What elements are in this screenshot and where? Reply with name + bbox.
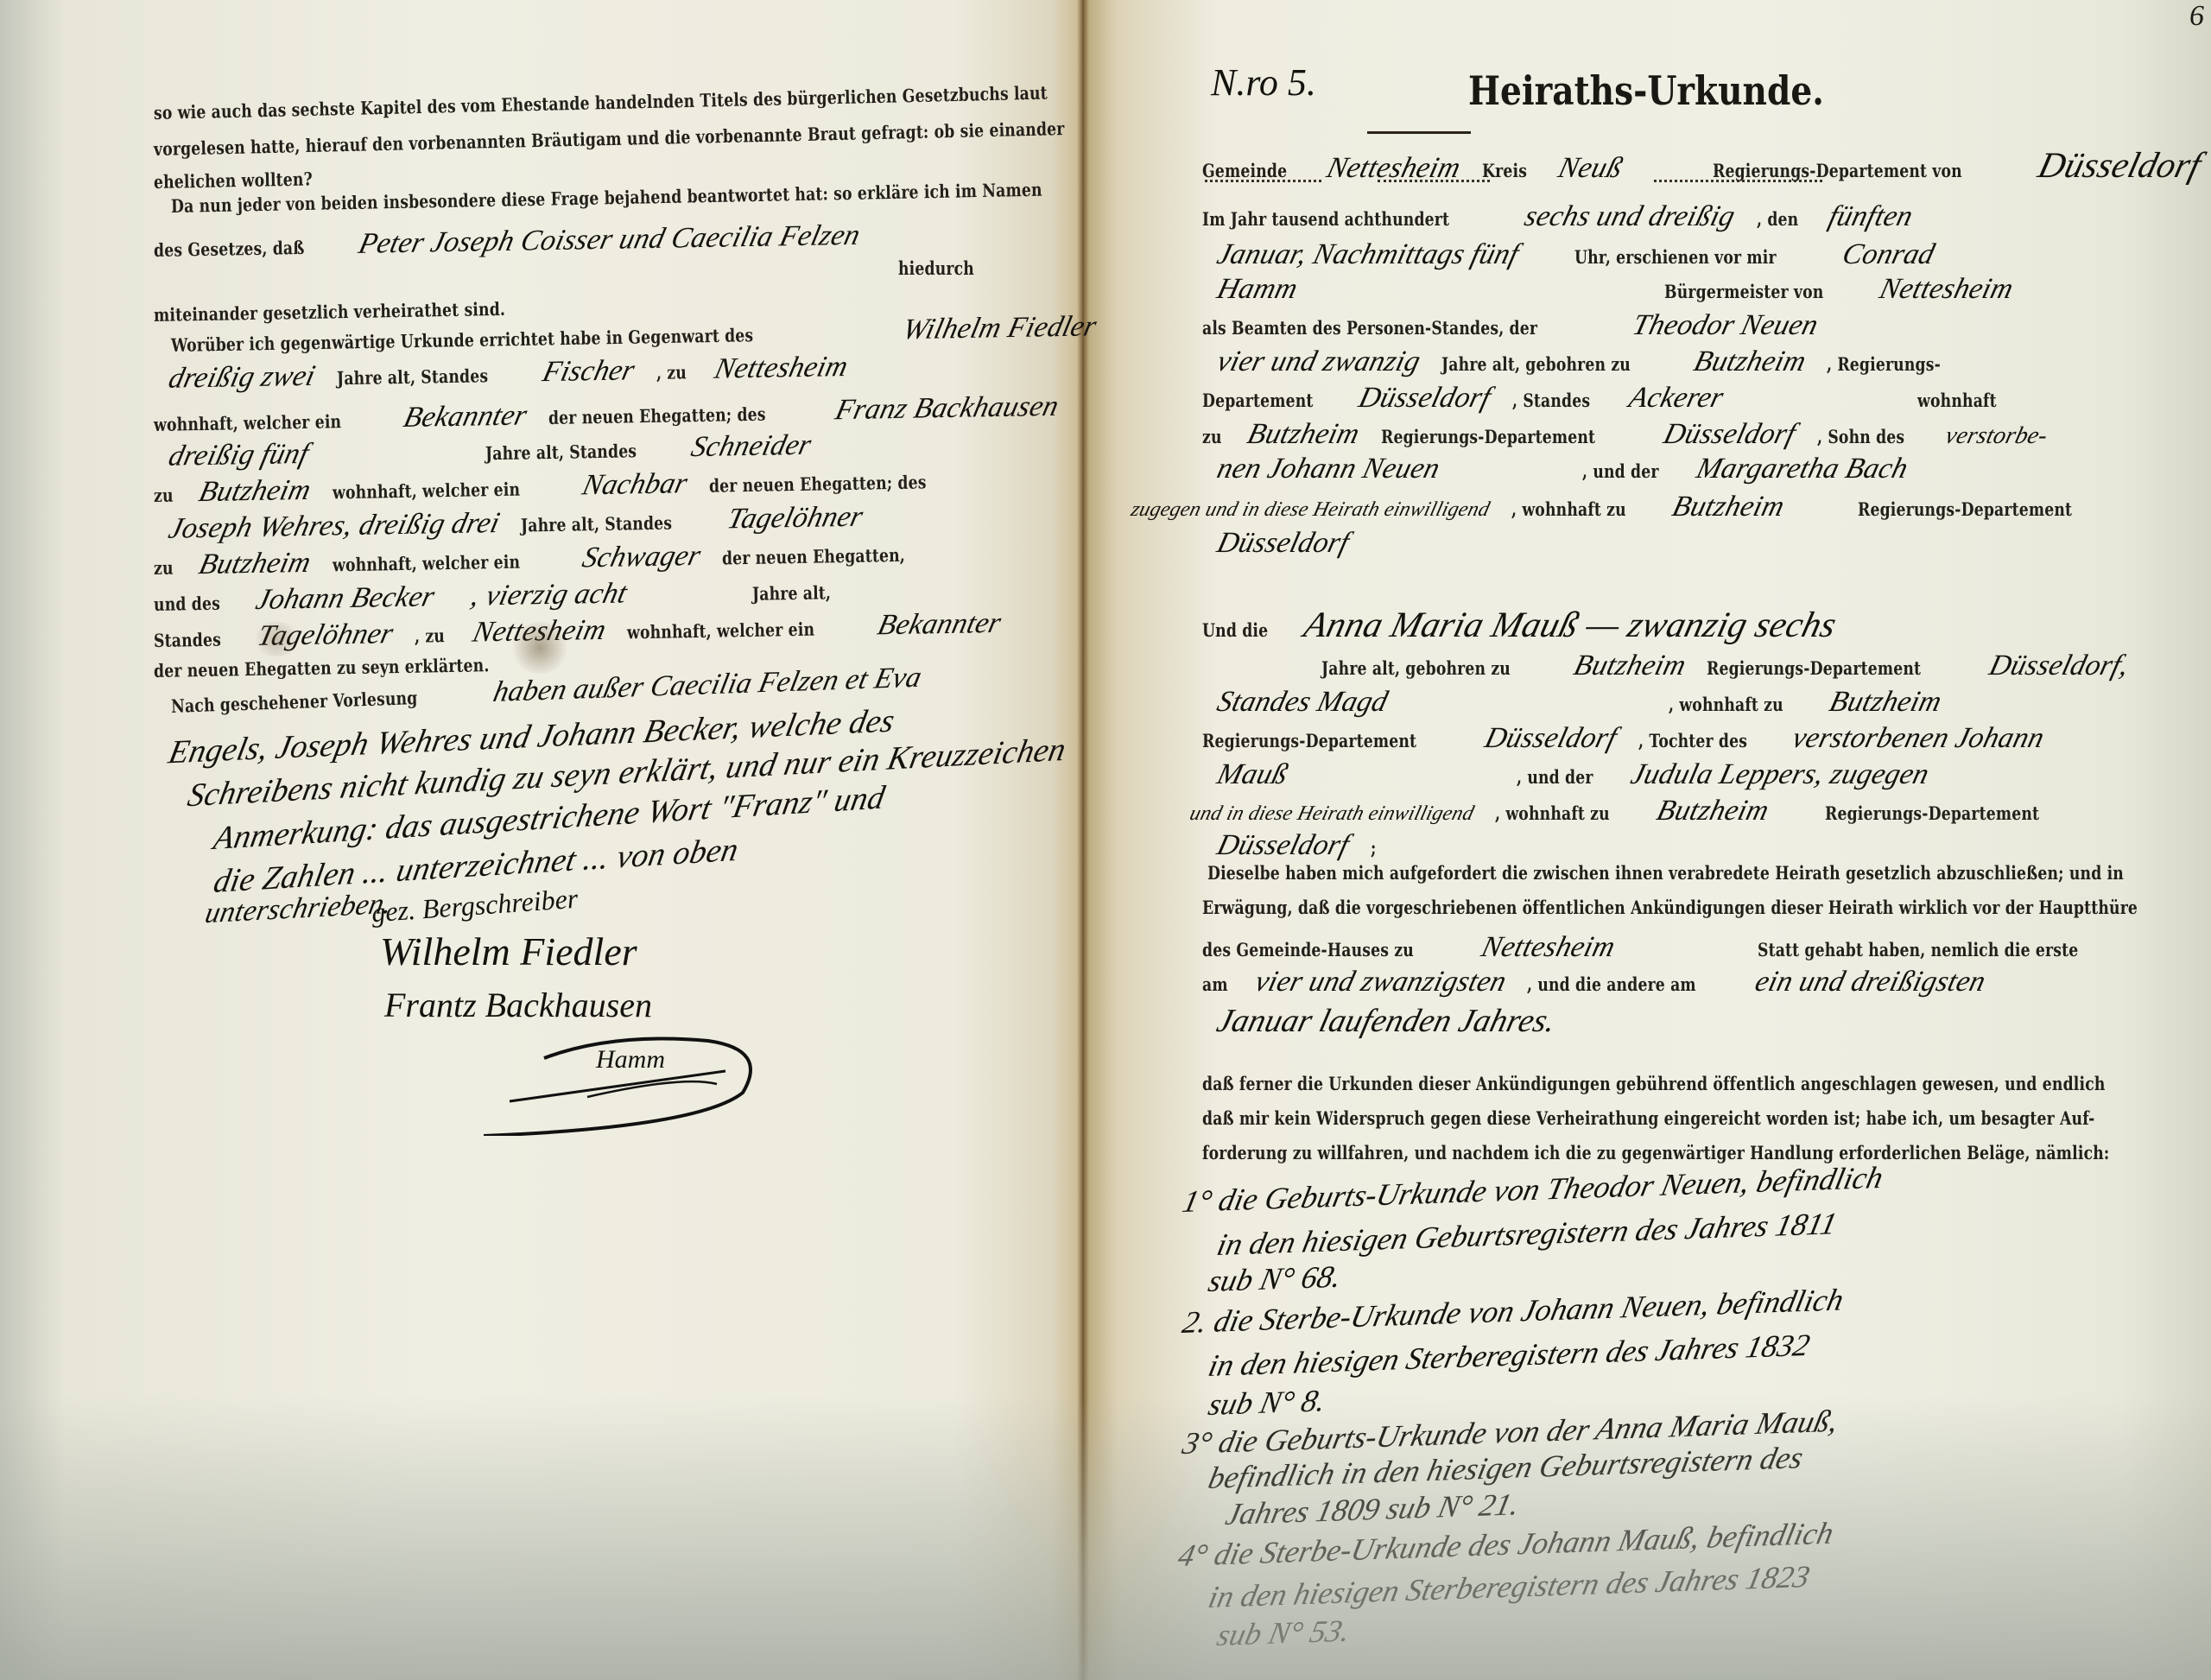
attachment-1-line-3: sub N° 68. (1206, 1258, 1346, 1299)
right-line-19: Erwägung, daß die vorgeschriebenen öffen… (1202, 897, 2211, 919)
right-line-9: zugegen und in diese Heirath einwilligen… (1116, 491, 2119, 523)
document-title: Heiraths-Urkunde. (1468, 67, 1824, 114)
right-line-18: Dieselbe haben mich aufgefordert die zwi… (1207, 862, 2211, 884)
right-line-23: daß ferner die Urkunden dieser Ankündigu… (1202, 1073, 2211, 1095)
right-line-22: Januar laufenden Jahres. (1202, 1002, 1571, 1040)
signature-flourish-icon (484, 1032, 829, 1136)
page-corner-mark: 6 (2189, 0, 2204, 33)
right-line-21: am vier und zwanzigsten , und die andere… (1202, 966, 2000, 998)
right-line-25: forderung zu willfahren, und nachdem ich… (1202, 1142, 2211, 1164)
right-line-16: und in diese Heirath einwilligend , wohn… (1175, 795, 2086, 827)
right-line-2: Januar, Nachmittags fünf Uhr, erschienen… (1202, 238, 1949, 271)
right-line-1: Im Jahr tausend achthundert sechs und dr… (1202, 200, 1928, 233)
right-line-12: Jahre alt, gebohren zu Butzheim Regierun… (1321, 650, 2144, 682)
right-line-10: Düsseldorf (1202, 527, 1364, 560)
right-line-13: Standes Magd , wohnhaft zu Butzheim (1202, 686, 1956, 719)
right-line-8: nen Johann Neuen , und der Margaretha Ba… (1202, 453, 1923, 485)
book-spread: so wie auch das sechste Kapitel des vom … (0, 0, 2211, 1680)
right-line-14: Regierungs-Departement Düsseldorf , Toch… (1202, 722, 2059, 755)
dotted-underline (1205, 180, 1321, 182)
kreis-value: Neuß (1555, 152, 1625, 185)
signature-frantz-backhausen: Frantz Backhausen (384, 985, 652, 1025)
dotted-underline (1654, 180, 1822, 182)
right-line-5: vier und zwanzig Jahre alt, gebohren zu … (1202, 346, 1966, 378)
right-line-3: Hamm Bürgermeister von Nettesheim (1202, 273, 2028, 306)
right-line-11: Und die Anna Maria Mauß — zwanzig sechs (1202, 605, 1851, 646)
department-value: Düsseldorf (2034, 145, 2205, 187)
title-rule (1367, 131, 1471, 134)
right-line-15: Mauß , und der Judula Leppers, zugegen (1202, 758, 1944, 791)
dotted-underline (1378, 180, 1490, 182)
right-line-20: des Gemeinde-Hauses zu Nettesheim Statt … (1202, 931, 2149, 964)
attachment-2-line-3: sub N° 8. (1206, 1382, 1330, 1423)
right-line-24: daß mir kein Widerspruch gegen diese Ver… (1202, 1107, 2211, 1130)
right-line-4: als Beamten des Personen-Standes, der Th… (1202, 309, 1833, 342)
attachment-4-line-3: sub N° 53. (1214, 1613, 1354, 1653)
left-line-3: ehelichen wollten? (154, 168, 348, 193)
right-line-6: Departement Düsseldorf , Standes Ackerer… (1202, 382, 2014, 415)
ink-stain (250, 622, 302, 656)
signature-wilhelm-fiedler: Wilhelm Fiedler (380, 929, 637, 974)
left-line-5-end: hiedurch (898, 257, 991, 280)
record-number: N.ro 5. (1211, 60, 1316, 105)
right-line-17: Düsseldorf ; (1202, 829, 1378, 862)
book-gutter (1077, 0, 1089, 1680)
right-line-7: zu Butzheim Regierungs-Departement Düsse… (1202, 418, 2062, 451)
ink-stain (510, 622, 570, 674)
